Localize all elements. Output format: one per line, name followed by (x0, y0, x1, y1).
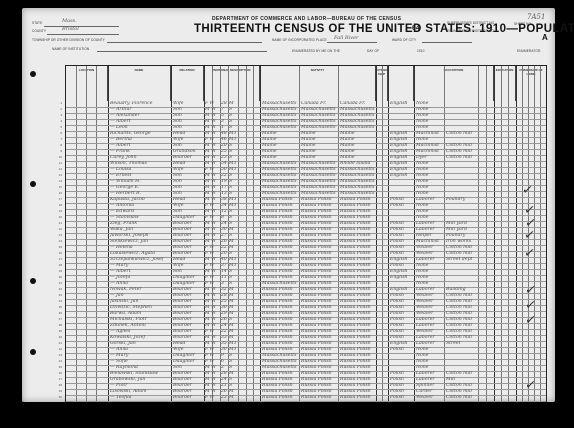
row-number: 42 (52, 347, 62, 351)
cell-mother: Russia Polish (340, 395, 375, 401)
row-number: 31 (52, 281, 62, 285)
cell-mar: M (229, 395, 238, 401)
row-number: 45 (52, 365, 62, 369)
row-number: 17 (52, 197, 62, 201)
cell-relation: Boarder (173, 395, 203, 401)
row-number: 5 (52, 125, 62, 129)
ward-line (422, 42, 472, 43)
check-mark: ✓ (524, 377, 537, 393)
row-number: 40 (52, 335, 62, 339)
check-mark: ✓ (521, 182, 534, 198)
col-language (388, 66, 414, 101)
check-mark: ✓ (524, 312, 537, 328)
enumerated-label: ENUMERATED BY ME ON THE (292, 49, 340, 53)
row-number: 35 (52, 305, 62, 309)
row-number: 43 (52, 353, 62, 357)
row-number: 13 (52, 173, 62, 177)
supervisor-district-label: SUPERVISOR'S DISTRICT NO. (447, 21, 495, 25)
sheet-number-handwritten: 7A51 (527, 13, 545, 21)
check-mark: ✓ (524, 297, 537, 313)
state-label: STATE (32, 21, 42, 25)
county-label: COUNTY (32, 29, 46, 33)
row-number: 46 (52, 371, 62, 375)
row-number: 6 (52, 131, 62, 135)
col-ownership: OWNERSHIP OF HOME (516, 66, 546, 101)
row-number: 27 (52, 257, 62, 261)
row-number: 1 (52, 101, 62, 105)
row-number: 36 (52, 311, 62, 315)
institution-line (97, 51, 267, 52)
census-sheet: STATE Mass. COUNTY Bristol TOWNSHIP OR O… (22, 8, 555, 402)
punch-hole (30, 349, 36, 355)
row-number: 15 (52, 185, 62, 189)
row-number: 2 (52, 107, 62, 111)
cell-father: Russia Polish (301, 395, 337, 401)
cell-industry: Cotton mill (446, 395, 477, 401)
row-number: 34 (52, 299, 62, 303)
institution-label: NAME OF INSTITUTION (52, 47, 89, 51)
row-number: 29 (52, 269, 62, 273)
row-number: 38 (52, 323, 62, 327)
row-number: 41 (52, 341, 62, 345)
township-line (107, 42, 262, 43)
col-name: NAME (108, 66, 171, 101)
row-number: 30 (52, 275, 62, 279)
state-line (44, 26, 119, 27)
row-number: 47 (52, 377, 62, 381)
row-number: 9 (52, 149, 62, 153)
row-number: 16 (52, 191, 62, 195)
incorporated-place-label: NAME OF INCORPORATED PLACE (272, 38, 327, 42)
row-number: 49 (52, 389, 62, 393)
row-number: 39 (52, 329, 62, 333)
check-mark: ✓ (523, 227, 536, 243)
row-number: 8 (52, 143, 62, 147)
row-number: 50 (52, 395, 62, 399)
sheet-letter: A (542, 33, 548, 42)
col-relation: RELATION (171, 66, 204, 101)
row-number: 12 (52, 167, 62, 171)
row-number: 26 (52, 251, 62, 255)
row-number: 21 (52, 221, 62, 225)
row-number: 7 (52, 137, 62, 141)
col-nativity: NATIVITY (260, 66, 376, 101)
row-number: 48 (52, 383, 62, 387)
row-number: 4 (52, 119, 62, 123)
sheet-no-label: SHEET NO. (514, 22, 532, 26)
cell-occ: Weaver (416, 395, 443, 401)
row-number: 18 (52, 203, 62, 207)
cell-sex-race: F W (205, 395, 219, 401)
cell-age: 23 (221, 395, 228, 401)
department-heading: DEPARTMENT OF COMMERCE AND LABOR—BUREAU … (212, 16, 401, 22)
row-number: 14 (52, 179, 62, 183)
row-number: 33 (52, 293, 62, 297)
cell-name: — Teofila (110, 395, 170, 401)
row-number: 20 (52, 215, 62, 219)
col-occupation: OCCUPATION (414, 66, 494, 101)
year-label: 1910 (417, 49, 425, 53)
punch-hole (30, 181, 36, 187)
row-number: 3 (52, 113, 62, 117)
census-rows: 1Beaudry, FlorenceWifeF W28MMassachusett… (66, 101, 546, 401)
row-number: 25 (52, 245, 62, 249)
county-value: Bristol (62, 26, 79, 32)
incorporated-place-value: Fall River (334, 35, 358, 41)
row-number: 11 (52, 161, 62, 165)
ward-label: WARD OF CITY (392, 38, 416, 42)
census-table: LOCATION NAME RELATION PERSONAL DESCRIPT… (65, 65, 547, 402)
col-education: EDUCATION (494, 66, 516, 101)
place-line (327, 42, 377, 43)
state-value: Mass. (62, 18, 77, 24)
county-line (47, 34, 119, 35)
enumerator-label: ENUMERATOR. (517, 49, 541, 53)
col-location: LOCATION (66, 66, 108, 101)
row-number: 28 (52, 263, 62, 267)
row-number: 10 (52, 155, 62, 159)
row-number: 37 (52, 317, 62, 321)
table-row: 50— TeofilaBoarderF W23MRussia PolishRus… (66, 395, 546, 402)
punch-hole (30, 71, 36, 77)
punch-hole (30, 278, 36, 284)
day-of-label: DAY OF (367, 49, 379, 53)
township-label: TOWNSHIP OR OTHER DIVISION OF COUNTY (32, 38, 105, 42)
row-number: 24 (52, 239, 62, 243)
check-mark: ✓ (523, 245, 536, 261)
cell-birth: Russia Polish (262, 395, 298, 401)
row-number: 32 (52, 287, 62, 291)
check-mark: ✓ (524, 282, 537, 298)
enumeration-district-label: ENUMERATION DISTRICT NO. (447, 29, 495, 33)
row-number: 22 (52, 227, 62, 231)
row-number: 19 (52, 209, 62, 213)
form-number: 64 (412, 25, 420, 32)
row-number: 44 (52, 359, 62, 363)
row-number: 23 (52, 233, 62, 237)
cell-lang: Polish (390, 395, 414, 401)
